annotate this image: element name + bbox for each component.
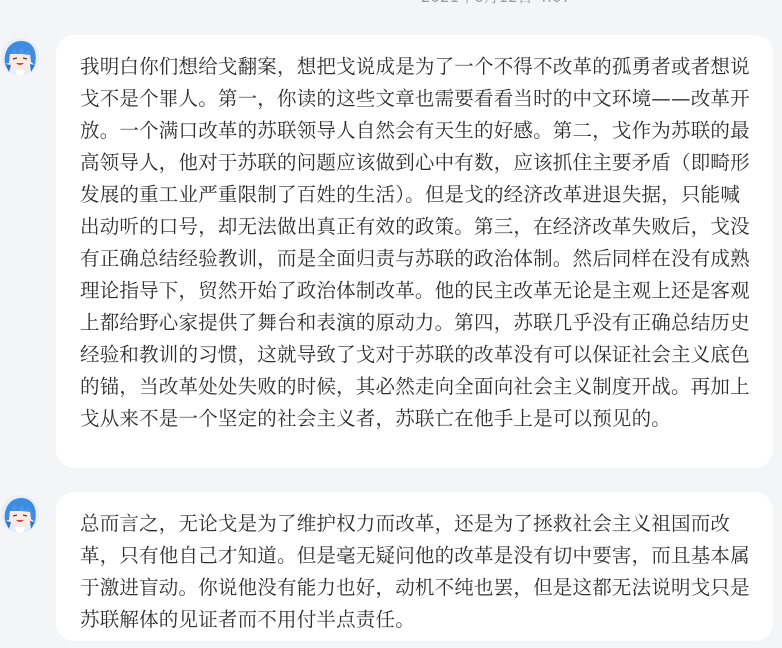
anime-avatar-icon (1, 495, 39, 533)
message-timestamp: 2021年6月12日 4:07 (0, 0, 782, 6)
message-text: 我明白你们想给戈翻案，想把戈说成是为了一个不得不改革的孤勇者或者想说戈不是个罪人… (80, 51, 751, 435)
message-text: 总而言之，无论戈是为了维护权力而改革，还是为了拯救社会主义祖国而改革，只有他自己… (80, 508, 751, 636)
avatar[interactable] (1, 495, 39, 533)
message-bubble: 我明白你们想给戈翻案，想把戈说成是为了一个不得不改革的孤勇者或者想说戈不是个罪人… (56, 35, 773, 468)
avatar[interactable] (1, 38, 39, 76)
message-bubble: 总而言之，无论戈是为了维护权力而改革，还是为了拯救社会主义祖国而改革，只有他自己… (56, 492, 773, 641)
anime-avatar-icon (1, 38, 39, 76)
